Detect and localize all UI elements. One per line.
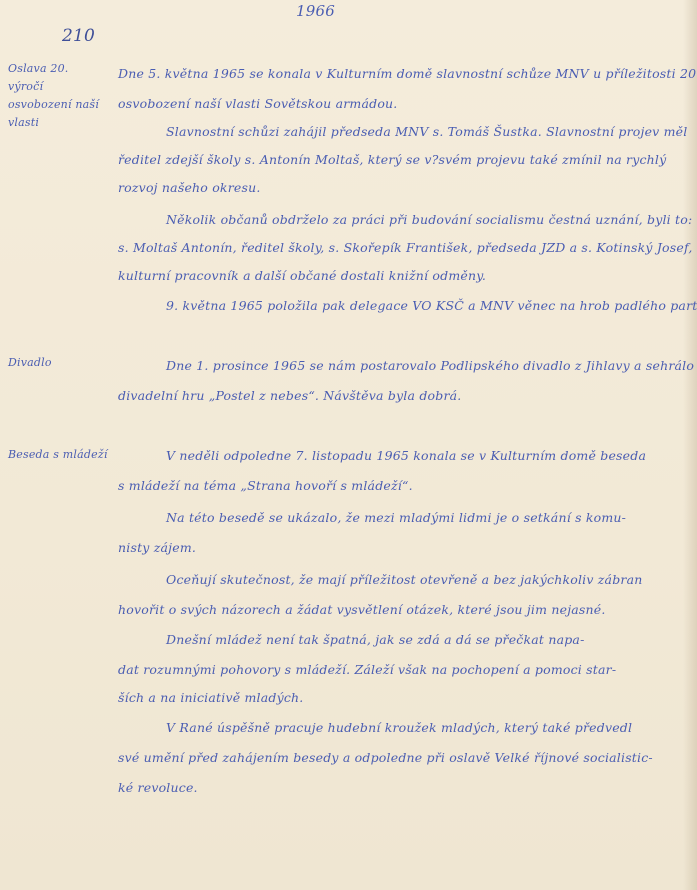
text-line: ších a na iniciativě mladých.: [118, 690, 688, 705]
text-line: rozvoj našeho okresu.: [118, 180, 688, 195]
text-line: s. Moltaš Antonín, ředitel školy, s. Sko…: [118, 240, 688, 255]
text-line: osvobození naší vlasti Sovětskou armádou…: [118, 96, 688, 111]
text-line: nisty zájem.: [118, 540, 688, 555]
page-number: 210: [62, 26, 95, 46]
text-line: s mládeží na téma „Strana hovoří s mláde…: [118, 478, 688, 493]
text-line: kulturní pracovník a další občané dostal…: [118, 268, 688, 283]
text-line: Dne 1. prosince 1965 se nám postarovalo …: [166, 358, 697, 373]
text-line: divadelní hru „Postel z nebes“. Návštěva…: [118, 388, 688, 403]
chronicle-page: 1966 210 Oslava 20. výročí osvobození na…: [0, 0, 697, 890]
text-line: Slavnostní schůzi zahájil předseda MNV s…: [166, 124, 697, 139]
text-line: V neděli odpoledne 7. listopadu 1965 kon…: [166, 448, 697, 463]
margin-note-line: Divadlo: [8, 354, 104, 372]
text-line: Na této besedě se ukázalo, že mezi mladý…: [166, 510, 697, 525]
text-line: Dne 5. května 1965 se konala v Kulturním…: [118, 66, 688, 81]
text-line: 9. května 1965 položila pak delegace VO …: [166, 298, 697, 313]
text-line: hovořit o svých názorech a žádat vysvětl…: [118, 602, 688, 617]
margin-note-line: Oslava 20. výročí: [8, 60, 104, 96]
text-line: V Rané úspěšně pracuje hudební kroužek m…: [166, 720, 697, 735]
text-line: Oceňují skutečnost, že mají příležitost …: [166, 572, 697, 587]
text-line: ké revoluce.: [118, 780, 688, 795]
margin-note-beseda: Beseda s mládeží: [8, 446, 118, 464]
page-year: 1966: [296, 2, 335, 20]
text-line: Dnešní mládež není tak špatná, jak se zd…: [166, 632, 697, 647]
margin-note-line: osvobození naší: [8, 96, 104, 114]
text-line: své umění před zahájením besedy a odpole…: [118, 750, 688, 765]
margin-note-line: Beseda s mládeží: [8, 446, 118, 464]
text-line: Několik občanů obdrželo za práci při bud…: [166, 212, 697, 227]
margin-note-divadlo: Divadlo: [8, 354, 104, 372]
text-line: dat rozumnými pohovory s mládeží. Záleží…: [118, 662, 688, 677]
margin-note-oslava: Oslava 20. výročí osvobození naší vlasti: [8, 60, 104, 132]
margin-note-line: vlasti: [8, 114, 104, 132]
text-line: ředitel zdejší školy s. Antonín Moltaš, …: [118, 152, 688, 167]
